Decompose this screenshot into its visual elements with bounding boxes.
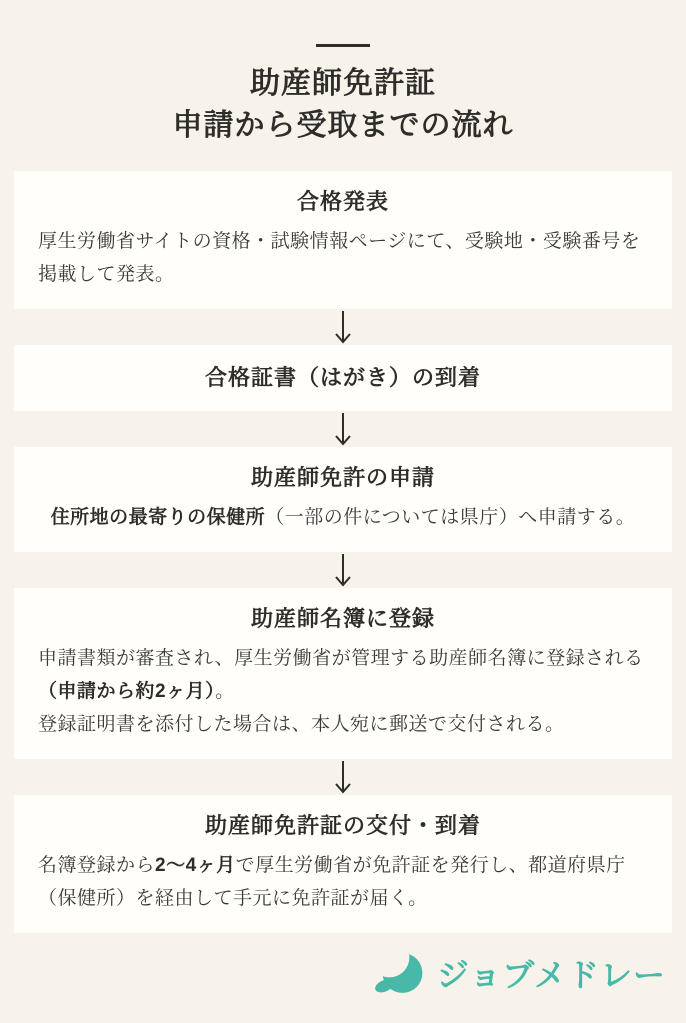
step-body-line: （保健所）を経由して手元に免許証が届く。 [38,882,648,915]
page-title: 助産師免許証 申請から受取までの流れ [0,63,686,147]
header: 助産師免許証 申請から受取までの流れ [0,0,686,147]
steps: 合格発表厚生労働省サイトの資格・試験情報ページにて、受験地・受験番号を掲載して発… [0,171,686,933]
step-box: 合格発表厚生労働省サイトの資格・試験情報ページにて、受験地・受験番号を掲載して発… [14,171,672,309]
step-body-line: 名簿登録から2〜4ヶ月で厚生労働省が免許証を発行し、都道府県庁 [38,849,648,882]
page-title-line-2: 申請から受取までの流れ [0,105,686,147]
step-body: 名簿登録から2〜4ヶ月で厚生労働省が免許証を発行し、都道府県庁（保健所）を経由し… [38,849,648,915]
step-body-line: 厚生労働省サイトの資格・試験情報ページにて、受験地・受験番号を [38,225,648,258]
step-box: 助産師免許の申請住所地の最寄りの保健所（一部の件については県庁）へ申請する。 [14,447,672,552]
step-heading: 合格発表 [38,187,648,217]
step-body-line: （申請から約2ヶ月）。 [38,675,648,708]
down-arrow-icon [14,411,672,447]
footer: ジョブメドレー [0,933,686,1023]
down-arrow-icon [14,552,672,588]
jobmedley-logo-icon [373,947,425,999]
jobmedley-logo-text: ジョブメドレー [437,950,666,996]
page-title-line-1: 助産師免許証 [0,63,686,105]
down-arrow-icon [14,309,672,345]
step-body-line: 住所地の最寄りの保健所（一部の件については県庁）へ申請する。 [38,501,648,534]
step-body-line: 掲載して発表。 [38,258,648,291]
step-heading: 合格証書（はがき）の到着 [38,363,648,393]
step-body: 申請書類が審査され、厚生労働省が管理する助産師名簿に登録される（申請から約2ヶ月… [38,642,648,741]
step-heading: 助産師名簿に登録 [38,604,648,634]
infographic-page: 助産師免許証 申請から受取までの流れ 合格発表厚生労働省サイトの資格・試験情報ペ… [0,0,686,1023]
step-body-line: 申請書類が審査され、厚生労働省が管理する助産師名簿に登録される [38,642,648,675]
title-dash [316,44,370,47]
down-arrow-icon [14,759,672,795]
step-heading: 助産師免許の申請 [38,463,648,493]
step-body: 厚生労働省サイトの資格・試験情報ページにて、受験地・受験番号を掲載して発表。 [38,225,648,291]
step-box: 助産師免許証の交付・到着名簿登録から2〜4ヶ月で厚生労働省が免許証を発行し、都道… [14,795,672,933]
step-box: 助産師名簿に登録申請書類が審査され、厚生労働省が管理する助産師名簿に登録される（… [14,588,672,759]
step-heading: 助産師免許証の交付・到着 [38,811,648,841]
step-body: 住所地の最寄りの保健所（一部の件については県庁）へ申請する。 [38,501,648,534]
step-body-line: 登録証明書を添付した場合は、本人宛に郵送で交付される。 [38,708,648,741]
step-box: 合格証書（はがき）の到着 [14,345,672,411]
